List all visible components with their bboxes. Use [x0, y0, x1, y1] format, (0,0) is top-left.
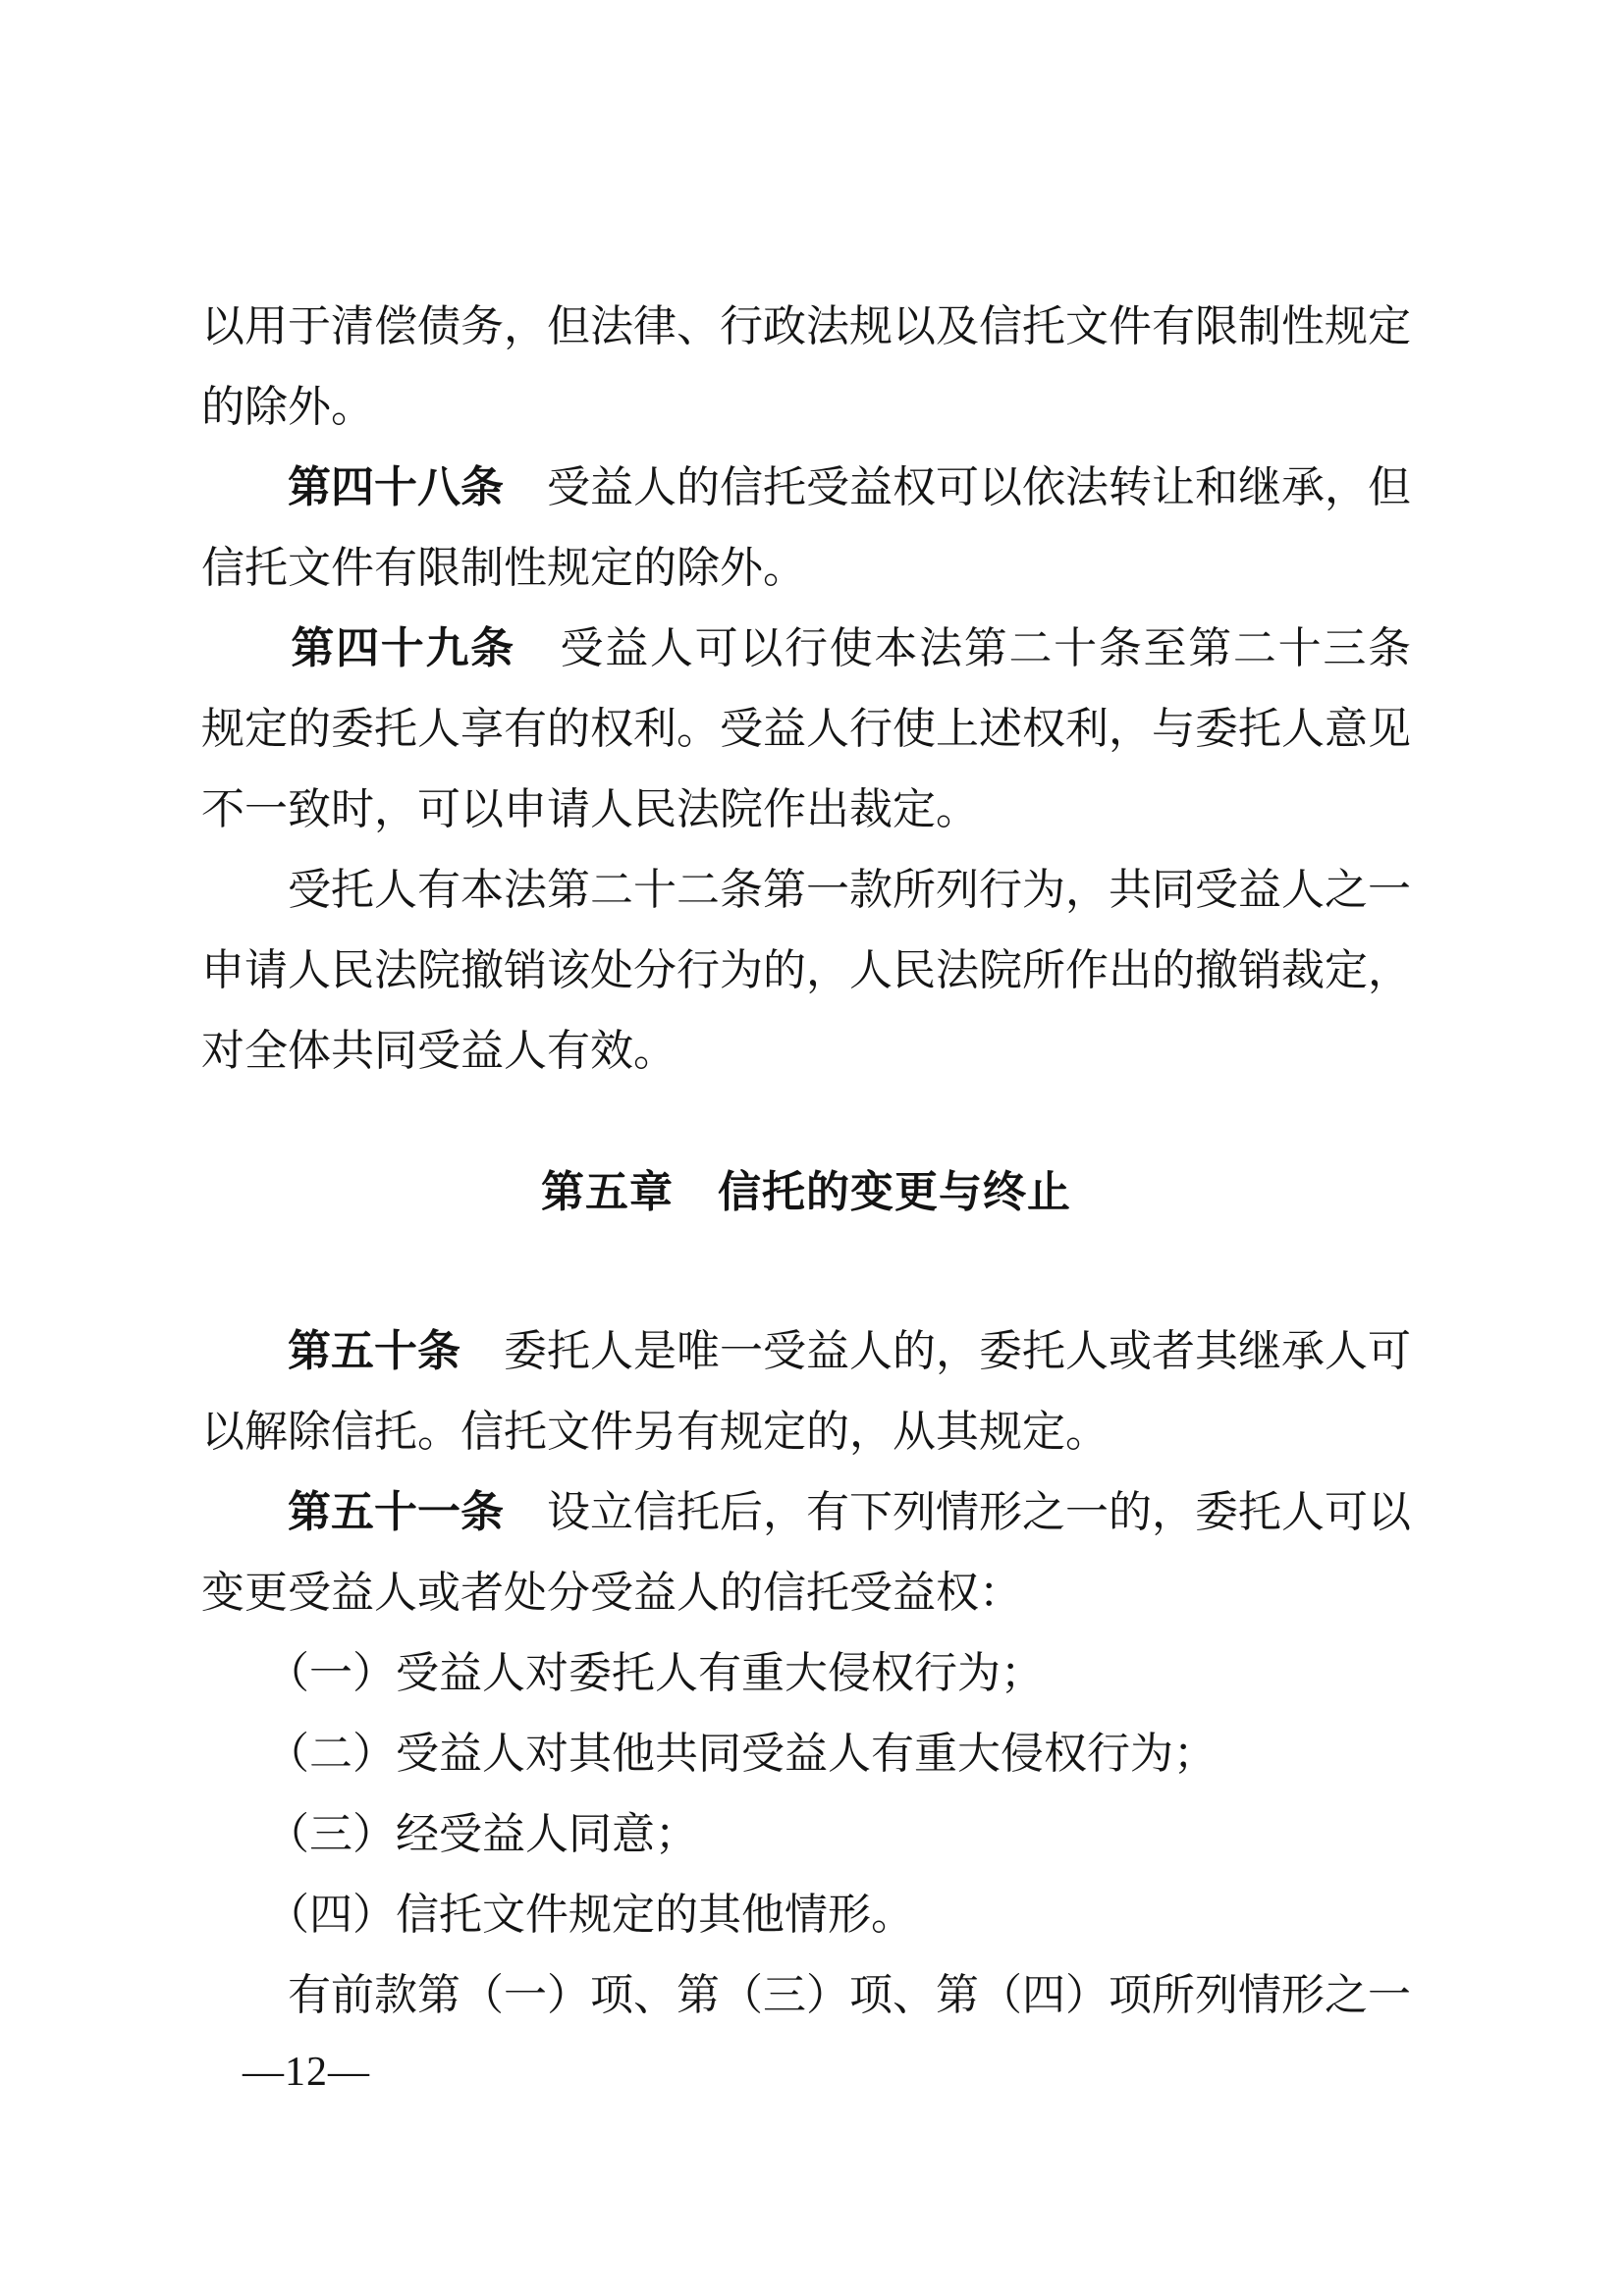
- body-text-run: [201, 1488, 288, 1536]
- body-text-run: 以解除信托。信托文件另有规定的，从其规定。: [201, 1408, 1109, 1456]
- text-block: 以用于清偿债务，但法律、行政法规以及信托文件有限制性规定的除外。 第四十八条 受…: [201, 287, 1411, 2036]
- body-text-run: 对全体共同受益人有效。: [201, 1027, 677, 1075]
- body-text-run: 规定的委托人享有的权利。受益人行使上述权利，与委托人意见: [201, 705, 1411, 753]
- chapter-heading: 第五章 信托的变更与终止: [201, 1152, 1411, 1233]
- body-text-run: （三）经受益人同意；: [201, 1810, 698, 1858]
- body-text-run: 受托人有本法第二十二条第一款所列行为，共同受益人之一: [201, 866, 1411, 914]
- text-line: 的除外。: [201, 367, 1411, 448]
- body-text-run: [201, 463, 288, 511]
- text-line: 规定的委托人享有的权利。受益人行使上述权利，与委托人意见: [201, 689, 1411, 770]
- body-text-run: 以用于清偿债务，但法律、行政法规以及信托文件有限制性规定: [201, 302, 1411, 350]
- body-text-run: 的除外。: [201, 383, 374, 431]
- article-number: 第四十九条: [291, 624, 514, 672]
- text-line: 受托人有本法第二十二条第一款所列行为，共同受益人之一: [201, 850, 1411, 931]
- text-line: 第五十条 委托人是唯一受益人的，委托人或者其继承人可: [201, 1311, 1411, 1392]
- document-page: 以用于清偿债务，但法律、行政法规以及信托文件有限制性规定的除外。 第四十八条 受…: [0, 0, 1624, 2296]
- body-text-run: 信托文件有限制性规定的除外。: [201, 544, 806, 592]
- text-line: （四）信托文件规定的其他情形。: [201, 1875, 1411, 1955]
- body-text-run: [201, 1327, 288, 1375]
- text-line: 第四十八条 受益人的信托受益权可以依法转让和继承，但: [201, 448, 1411, 528]
- article-number: 第四十八条: [288, 463, 504, 511]
- body-text-run: （一）受益人对委托人有重大侵权行为；: [201, 1649, 1044, 1697]
- text-line: （一）受益人对委托人有重大侵权行为；: [201, 1633, 1411, 1714]
- article-number: 第五十一条: [288, 1488, 504, 1536]
- text-line: 第五十一条 设立信托后，有下列情形之一的，委托人可以: [201, 1472, 1411, 1553]
- text-line: 以用于清偿债务，但法律、行政法规以及信托文件有限制性规定: [201, 287, 1411, 367]
- body-text-run: 不一致时，可以申请人民法院作出裁定。: [201, 785, 979, 833]
- text-line: 申请人民法院撤销该处分行为的，人民法院所作出的撤销裁定，: [201, 931, 1411, 1011]
- text-line: 变更受益人或者处分受益人的信托受益权：: [201, 1553, 1411, 1633]
- body-text-run: 受益人可以行使本法第二十条至第二十三条: [515, 624, 1411, 672]
- text-line: 信托文件有限制性规定的除外。: [201, 528, 1411, 609]
- text-line: 对全体共同受益人有效。: [201, 1011, 1411, 1092]
- body-text-run: 申请人民法院撤销该处分行为的，人民法院所作出的撤销裁定，: [201, 946, 1411, 994]
- chapter-heading-text: 第五章 信托的变更与终止: [541, 1168, 1071, 1216]
- body-text-run: [201, 624, 291, 672]
- text-line: （三）经受益人同意；: [201, 1794, 1411, 1875]
- body-text-run: 有前款第（一）项、第（三）项、第（四）项所列情形之一: [201, 1971, 1411, 2019]
- text-line: （二）受益人对其他共同受益人有重大侵权行为；: [201, 1714, 1411, 1794]
- text-line: 有前款第（一）项、第（三）项、第（四）项所列情形之一: [201, 1955, 1411, 2036]
- text-line: 第四十九条 受益人可以行使本法第二十条至第二十三条: [201, 609, 1411, 689]
- body-text-run: （二）受益人对其他共同受益人有重大侵权行为；: [201, 1730, 1217, 1778]
- text-line: 不一致时，可以申请人民法院作出裁定。: [201, 770, 1411, 850]
- article-number: 第五十条: [288, 1327, 460, 1375]
- body-text-run: 受益人的信托受益权可以依法转让和继承，但: [504, 463, 1411, 511]
- body-text-run: （四）信托文件规定的其他情形。: [201, 1891, 914, 1939]
- body-text-run: 变更受益人或者处分受益人的信托受益权：: [201, 1569, 1022, 1617]
- text-line: 以解除信托。信托文件另有规定的，从其规定。: [201, 1392, 1411, 1472]
- body-text-run: 委托人是唯一受益人的，委托人或者其继承人可: [460, 1327, 1411, 1375]
- body-text-run: 设立信托后，有下列情形之一的，委托人可以: [504, 1488, 1411, 1536]
- page-number: —12—: [243, 2052, 370, 2093]
